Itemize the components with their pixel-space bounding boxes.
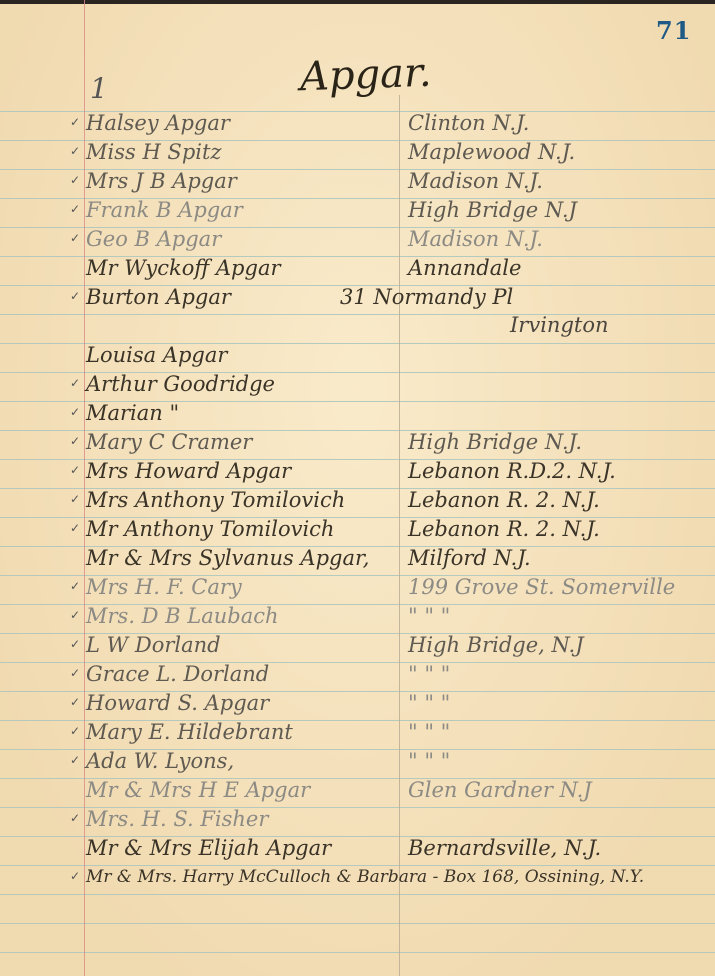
entry-place: Maplewood N.J. xyxy=(408,138,575,167)
check-mark-icon: ✓ xyxy=(70,492,80,506)
entry-name: Marian " xyxy=(86,399,179,428)
entry-name: Mary E. Hildebrant xyxy=(86,718,293,747)
entry-name: Louisa Apgar xyxy=(86,341,227,370)
entry-name: Mr & Mrs H E Apgar xyxy=(86,776,310,805)
list-item: ✓ Arthur Goodridge xyxy=(0,370,715,399)
entry-name: Geo B Apgar xyxy=(86,225,221,254)
entry-name: Ada W. Lyons, xyxy=(86,747,234,776)
check-mark-icon: ✓ xyxy=(70,405,80,419)
entry-place: " " " xyxy=(408,689,450,718)
check-mark-icon: ✓ xyxy=(70,579,80,593)
list-item: ✓ Mrs J B Apgar Madison N.J. xyxy=(0,167,715,196)
entry-place: Annandale xyxy=(408,254,521,283)
page-heading: Apgar. xyxy=(299,50,432,101)
check-mark-icon: ✓ xyxy=(70,202,80,216)
list-item: ✓ Mary E. Hildebrant " " " xyxy=(0,718,715,747)
check-mark-icon: ✓ xyxy=(70,463,80,477)
entry-place: " " " xyxy=(408,718,450,747)
check-mark-icon: ✓ xyxy=(70,115,80,129)
entry-name: Mr & Mrs Elijah Apgar xyxy=(86,834,331,863)
list-item: ✓ Mrs. H. S. Fisher xyxy=(0,805,715,834)
page-number: 71 xyxy=(656,16,691,45)
entry-place: Lebanon R.D.2. N.J. xyxy=(408,457,616,486)
list-item: ✓ Howard S. Apgar " " " xyxy=(0,689,715,718)
list-item: ✓ Grace L. Dorland " " " xyxy=(0,660,715,689)
check-mark-icon: ✓ xyxy=(70,811,80,825)
entry-place: Lebanon R. 2. N.J. xyxy=(408,515,600,544)
list-item: ✓ L W Dorland High Bridge, N.J xyxy=(0,631,715,660)
check-mark-icon: ✓ xyxy=(70,666,80,680)
list-item: ✓ Ada W. Lyons, " " " xyxy=(0,747,715,776)
entry-place: Madison N.J. xyxy=(408,167,543,196)
entry-place: Clinton N.J. xyxy=(408,109,529,138)
entry-place: Bernardsville, N.J. xyxy=(408,834,601,863)
check-mark-icon: ✓ xyxy=(70,521,80,535)
entry-name: Mrs. D B Laubach xyxy=(86,602,279,631)
entry-name: Mr Anthony Tomilovich xyxy=(86,515,334,544)
entry-name: Mrs J B Apgar xyxy=(86,167,237,196)
entry-name: Arthur Goodridge xyxy=(86,370,275,399)
check-mark-icon: ✓ xyxy=(70,376,80,390)
check-mark-icon: ✓ xyxy=(70,724,80,738)
list-item: Mr & Mrs H E Apgar Glen Gardner N.J xyxy=(0,776,715,805)
rule-line xyxy=(0,923,715,924)
list-item: ✓ Mrs Anthony Tomilovich Lebanon R. 2. N… xyxy=(0,486,715,515)
check-mark-icon: ✓ xyxy=(70,637,80,651)
check-mark-icon: ✓ xyxy=(70,231,80,245)
heading-margin-mark: 1 xyxy=(90,72,108,105)
entry-name: Mr & Mrs Sylvanus Apgar, xyxy=(86,544,369,573)
entry-name: Grace L. Dorland xyxy=(86,660,269,689)
list-item: ✓ Mary C Cramer High Bridge N.J. xyxy=(0,428,715,457)
list-item: ✓ Mr & Mrs. Harry McCulloch & Barbara - … xyxy=(0,863,715,892)
rule-line xyxy=(0,894,715,895)
list-item: Louisa Apgar xyxy=(0,341,715,370)
entry-name: Mrs. H. S. Fisher xyxy=(86,805,268,834)
list-item: ✓ Frank B Apgar High Bridge N.J xyxy=(0,196,715,225)
list-item: ✓ Mrs H. F. Cary 199 Grove St. Somervill… xyxy=(0,573,715,602)
page-top-edge xyxy=(0,0,715,4)
entry-name: Mary C Cramer xyxy=(86,428,252,457)
entry-place: High Bridge, N.J xyxy=(408,631,584,660)
entry-name: L W Dorland xyxy=(86,631,221,660)
list-item: ✓ Mrs Howard Apgar Lebanon R.D.2. N.J. xyxy=(0,457,715,486)
list-item: ✓ Burton Apgar 31 Normandy Pl Irvington xyxy=(0,283,715,312)
entry-place: " " " xyxy=(408,660,450,689)
entry-name: Burton Apgar xyxy=(86,283,231,312)
rule-line xyxy=(0,952,715,953)
entry-place: High Bridge N.J. xyxy=(408,428,582,457)
entry-place-line2: Irvington xyxy=(510,313,609,337)
check-mark-icon: ✓ xyxy=(70,144,80,158)
list-item: ✓ Geo B Apgar Madison N.J. xyxy=(0,225,715,254)
check-mark-icon: ✓ xyxy=(70,289,80,303)
check-mark-icon: ✓ xyxy=(70,434,80,448)
entry-name: Frank B Apgar xyxy=(86,196,243,225)
list-item: ✓ Mr Anthony Tomilovich Lebanon R. 2. N.… xyxy=(0,515,715,544)
list-item: Mr & Mrs Elijah Apgar Bernardsville, N.J… xyxy=(0,834,715,863)
check-mark-icon: ✓ xyxy=(70,695,80,709)
list-item: ✓ Marian " xyxy=(0,399,715,428)
list-item: Mr Wyckoff Apgar Annandale xyxy=(0,254,715,283)
entry-name: Mr Wyckoff Apgar xyxy=(86,254,281,283)
list-item: ✓ Mrs. D B Laubach " " " xyxy=(0,602,715,631)
check-mark-icon: ✓ xyxy=(70,869,80,883)
check-mark-icon: ✓ xyxy=(70,173,80,187)
entry-name: Mrs H. F. Cary xyxy=(86,573,242,602)
entry-place: Milford N.J. xyxy=(408,544,531,573)
entry-name: Mrs Howard Apgar xyxy=(86,457,291,486)
list-item: ✓ Miss H Spitz Maplewood N.J. xyxy=(0,138,715,167)
check-mark-icon: ✓ xyxy=(70,608,80,622)
entry-place: Glen Gardner N.J xyxy=(408,776,592,805)
entry-place: 31 Normandy Pl xyxy=(340,283,513,312)
entry-place: Lebanon R. 2. N.J. xyxy=(408,486,600,515)
entry-name: Howard S. Apgar xyxy=(86,689,269,718)
entry-place: " " " xyxy=(408,747,450,776)
entry-place: " " " xyxy=(408,602,450,631)
entry-place: High Bridge N.J xyxy=(408,196,577,225)
entry-place: Madison N.J. xyxy=(408,225,543,254)
entry-place: 199 Grove St. Somerville xyxy=(408,573,675,602)
entry-name: Mr & Mrs. Harry McCulloch & Barbara - Bo… xyxy=(86,863,644,892)
entry-name: Halsey Apgar xyxy=(86,109,230,138)
check-mark-icon: ✓ xyxy=(70,753,80,767)
ledger-page: 71 1 Apgar. ✓ Halsey Apgar Clinton N.J. … xyxy=(0,0,715,976)
entry-name: Mrs Anthony Tomilovich xyxy=(86,486,345,515)
entry-name: Miss H Spitz xyxy=(86,138,222,167)
list-item: Mr & Mrs Sylvanus Apgar, Milford N.J. xyxy=(0,544,715,573)
list-item: ✓ Halsey Apgar Clinton N.J. xyxy=(0,109,715,138)
